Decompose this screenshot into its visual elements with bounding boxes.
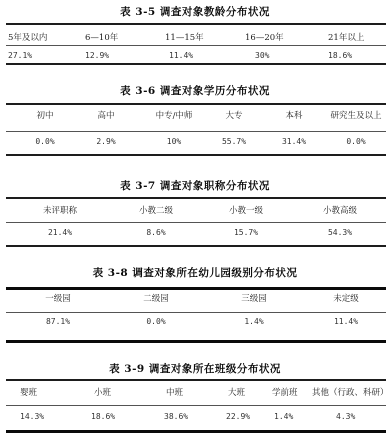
table-3-7-title: 表 3-7 调查对象职称分布状况 [0, 178, 390, 193]
table-3-9-title: 表 3-9 调查对象所在班级分布状况 [0, 361, 390, 376]
table-3-5-top-rule [6, 23, 386, 25]
table-3-7-bottom-rule [6, 245, 386, 247]
table-3-9-header-cell: 婴班 [20, 386, 37, 398]
table-3-7-value-cell: 15.7% [234, 228, 258, 237]
table-3-5-header-cell: 6—10年 [85, 31, 118, 43]
table-3-5-header-row: 5年及以内 6—10年 11—15年 16—20年 21年以上 [6, 31, 386, 43]
table-3-8-value-cell: 1.4% [244, 317, 263, 326]
table-3-5-header-cell: 11—15年 [165, 31, 204, 43]
table-3-9-top-rule [6, 379, 386, 381]
table-3-5-header-cell: 5年及以内 [8, 31, 47, 43]
table-3-9-header-cell: 学前班 [272, 386, 298, 398]
table-3-6-value-cell: 31.4% [282, 137, 306, 146]
table-3-6-header-cell: 本科 [285, 109, 302, 121]
table-3-5-bottom-rule [6, 63, 386, 65]
table-3-5-value-cell: 30% [255, 51, 269, 60]
table-3-9-value-cell: 4.3% [336, 412, 355, 421]
table-3-8-header-row: 一级园 二级园 三级园 未定级 [6, 292, 386, 304]
table-3-6-top-rule [6, 103, 386, 105]
table-3-9-value-cell: 14.3% [20, 412, 44, 421]
table-3-7-header-rule [6, 222, 386, 223]
table-3-9-value-cell: 22.9% [226, 412, 250, 421]
table-3-7-header-row: 未评职称 小教二级 小教一级 小教高级 [6, 204, 386, 216]
table-3-8-header-cell: 一级园 [45, 292, 71, 304]
table-3-6-value-cell: 2.9% [96, 137, 115, 146]
table-3-9-value-row: 14.3% 18.6% 38.6% 22.9% 1.4% 4.3% [6, 412, 386, 424]
table-3-7-value-row: 21.4% 8.6% 15.7% 54.3% [6, 228, 386, 240]
table-3-6-header-cell: 大专 [225, 109, 242, 121]
table-3-6-header-cell: 研究生及以上 [330, 109, 381, 121]
table-3-9-header-cell: 大班 [228, 386, 245, 398]
table-3-5-header-rule [6, 45, 386, 46]
table-3-6-header-cell: 中专/中师 [156, 109, 193, 121]
table-3-7-value-cell: 54.3% [328, 228, 352, 237]
table-3-6-value-cell: 55.7% [222, 137, 246, 146]
table-3-8-bottom-rule [6, 340, 386, 343]
table-3-6-header-row: 初中 高中 中专/中师 大专 本科 研究生及以上 [6, 109, 386, 121]
table-3-5-value-row: 27.1% 12.9% 11.4% 30% 18.6% [6, 51, 386, 63]
table-3-9-value-cell: 38.6% [164, 412, 188, 421]
table-3-9-header-rule [6, 405, 386, 406]
table-3-5-value-cell: 11.4% [169, 51, 193, 60]
table-3-7-header-cell: 小教高级 [323, 204, 357, 216]
table-3-8-header-rule [6, 312, 386, 313]
table-3-9-header-row: 婴班 小班 中班 大班 学前班 其他（行政、科研） [6, 386, 386, 398]
table-3-5-value-cell: 12.9% [85, 51, 109, 60]
table-3-6-bottom-rule [6, 154, 386, 156]
table-3-5-value-cell: 27.1% [8, 51, 32, 60]
table-3-9-value-cell: 18.6% [91, 412, 115, 421]
table-3-5-value-cell: 18.6% [328, 51, 352, 60]
table-3-7-value-cell: 8.6% [146, 228, 165, 237]
table-3-6-title: 表 3-6 调查对象学历分布状况 [0, 83, 390, 98]
table-3-5-header-cell: 16—20年 [245, 31, 284, 43]
table-3-8-value-cell: 87.1% [46, 317, 70, 326]
table-3-9-header-cell: 小班 [94, 386, 111, 398]
table-3-8-header-cell: 未定级 [333, 292, 359, 304]
table-3-9-value-cell: 1.4% [274, 412, 293, 421]
table-3-9-bottom-rule [6, 430, 386, 433]
table-3-7-header-cell: 未评职称 [43, 204, 77, 216]
table-3-9-header-cell: 中班 [166, 386, 183, 398]
table-3-8-value-row: 87.1% 0.0% 1.4% 11.4% [6, 317, 386, 329]
table-3-6-header-cell: 高中 [97, 109, 114, 121]
table-3-6-value-cell: 0.0% [35, 137, 54, 146]
table-3-6-header-rule [6, 131, 386, 132]
table-3-8-header-cell: 三级园 [241, 292, 267, 304]
table-3-8-top-rule [6, 287, 386, 290]
table-3-7-top-rule [6, 197, 386, 199]
table-3-7-header-cell: 小教二级 [139, 204, 173, 216]
table-3-5-header-cell: 21年以上 [328, 31, 364, 43]
table-3-6-header-cell: 初中 [36, 109, 53, 121]
table-3-6-value-cell: 0.0% [346, 137, 365, 146]
table-3-7-value-cell: 21.4% [48, 228, 72, 237]
table-3-9-header-cell: 其他（行政、科研） [312, 386, 389, 398]
table-3-5-title: 表 3-5 调查对象教龄分布状况 [0, 4, 390, 19]
table-3-6-value-row: 0.0% 2.9% 10% 55.7% 31.4% 0.0% [6, 137, 386, 149]
table-3-8-header-cell: 二级园 [143, 292, 169, 304]
table-3-8-value-cell: 11.4% [334, 317, 358, 326]
table-3-8-value-cell: 0.0% [146, 317, 165, 326]
table-3-8-title: 表 3-8 调查对象所在幼儿园级别分布状况 [0, 265, 390, 280]
table-3-7-header-cell: 小教一级 [229, 204, 263, 216]
table-3-6-value-cell: 10% [167, 137, 181, 146]
